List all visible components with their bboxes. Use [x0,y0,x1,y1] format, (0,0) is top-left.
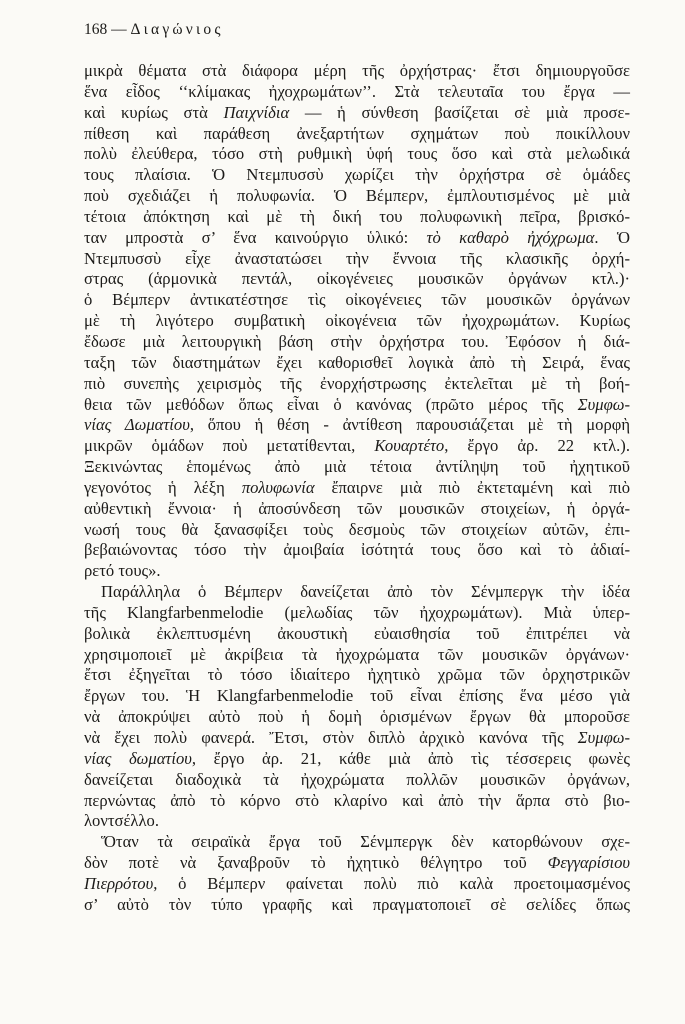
text-line: γεγονότος ἡ λέξη πολυφωνία ἔπαιρνε μιὰ π… [84,478,630,499]
text-segment: ρετό τους». [84,561,161,580]
text-segment: Ντεμπυσσὺ εἶχε ἀναστατώσει τὴν ἔννοια τῆ… [84,249,630,268]
body-text: μικρὰ θέματα στὰ διάφορα μέρη τῆς ὀρχήστ… [84,61,630,916]
text-line: Παράλληλα ὁ Βέμπερν δανείζεται ἀπὸ τὸν Σ… [84,582,630,603]
text-line: περνώντας ἀπὸ τὸ κόρνο στὸ κλαρίνο καὶ ἀ… [84,791,630,812]
text-segment: ταξη τῶν διαστημάτων ἔχει καθορισθεῖ λογ… [84,353,630,372]
text-segment: ὁ Βέμπερν ἀντικατέστησε τὶς οἰκογένειες … [84,290,630,309]
text-line: βολικὰ ἐκλεπτυσμένη ἀκουστικὴ εὐαισθησία… [84,624,630,645]
text-segment: , ὁ Βέμπερν φαίνεται πολὺ πιὸ καλὰ προετ… [153,874,630,893]
text-line: νὰ ἔχει πολὺ φανερά. Ἔτσι, στὸν διπλὸ ἀρ… [84,728,630,749]
text-segment: χρησιμοποιεῖ μὲ ἀκρίβεια τὰ ἠχοχρώματα τ… [84,645,630,664]
text-segment: μικρῶν ὁμάδων ποὺ μετατίθενται, [84,436,374,455]
text-line: νωσή τους θὰ ξανασφίξει τοὺς δεσμοὺς τῶν… [84,520,630,541]
text-segment: θεια τῶν μεθόδων ὅπως εἶναι ὁ κανόνας (π… [84,395,578,414]
italic-text: νίας Δωματίου [84,415,190,434]
text-line: τέτοια ἀπόκτηση καὶ μὲ τὴ δική του πολυφ… [84,207,630,228]
text-segment: λοντσέλλο. [84,811,159,830]
text-line: νίας δωματίου, ἔργο ἀρ. 21, κάθε μιὰ ἀπὸ… [84,749,630,770]
text-line: Ντεμπυσσὺ εἶχε ἀναστατώσει τὴν ἔννοια τῆ… [84,249,630,270]
italic-text: Κουαρτέτο [374,436,444,455]
text-segment: πίθεση καὶ παράθεση ἀνεξαρτήτων σχημάτων… [84,124,630,143]
text-segment: καὶ κυρίως στὰ [84,103,224,122]
text-segment: ταν μπροστὰ σ’ ἕνα καινούργιο ὑλικό: [84,228,427,247]
text-segment: ἔτσι ἐξηγεῖται τὸ τόσο ἰδιαίτερο ἠχητικὸ… [84,665,630,684]
text-segment: γεγονότος ἡ λέξη [84,478,242,497]
text-segment: , ὅπου ἡ θέση - ἀντίθεση παρουσιάζεται μ… [190,415,630,434]
text-line: ἔτσι ἐξηγεῖται τὸ τόσο ἰδιαίτερο ἠχητικὸ… [84,665,630,686]
text-line: μὲ τὴ λιγότερο συμβατικὴ οἰκογένεια τῶν … [84,311,630,332]
text-segment: , ἔργο ἀρ. 22 κτλ.). [444,436,630,455]
text-segment: πολὺ ἐλεύθερα, τόσο στὴ ρυθμικὴ ὑφή τους… [84,144,630,163]
text-line: πολὺ ἐλεύθερα, τόσο στὴ ρυθμικὴ ὑφή τους… [84,144,630,165]
text-segment: νωσή τους θὰ ξανασφίξει τοὺς δεσμοὺς τῶν… [84,520,630,539]
text-line: στρας (ἁρμονικὰ πεντάλ, οἰκογένειες μουσ… [84,269,630,290]
text-line: ὁ Βέμπερν ἀντικατέστησε τὶς οἰκογένειες … [84,290,630,311]
text-segment: βολικὰ ἐκλεπτυσμένη ἀκουστικὴ εὐαισθησία… [84,624,630,643]
text-segment: μικρὰ θέματα στὰ διάφορα μέρη τῆς ὀρχήστ… [84,61,630,80]
text-segment: . Ὁ [594,228,630,247]
italic-text: Παιχνίδια [224,103,290,122]
italic-text: Πιερρότου [84,874,153,893]
italic-text: τὸ καθαρὸ ἠχόχρωμα [427,228,595,247]
text-line: σ’ αὐτὸ τὸν τύπο γραφῆς καὶ πραγματοποιε… [84,895,630,916]
text-line: Πιερρότου, ὁ Βέμπερν φαίνεται πολὺ πιὸ κ… [84,874,630,895]
text-segment: ποὺ σχεδιάζει ἡ πολυφωνία. Ὁ Βέμπερν, ἐμ… [84,186,630,205]
text-segment: πιὸ συνεπὴς χειρισμὸς τῆς ἐνορχήστρωσης … [84,374,630,393]
text-line: Ὅταν τὰ σειραϊκὰ ἔργα τοῦ Σένμπεργκ δὲν … [84,832,630,853]
text-line: νὰ ἀποκρύψει αὐτὸ ποὺ ἡ δομὴ ὁρισμένων ἔ… [84,707,630,728]
text-segment: ἕνα εἶδος ‘‘κλίμακας ἠχοχρωμάτων’’. Στὰ … [84,82,630,101]
text-segment: βεβαιώνοντας τόσο τὴν ἀμοιβαία ἰσότητά τ… [84,540,630,559]
text-segment: περνώντας ἀπὸ τὸ κόρνο στὸ κλαρίνο καὶ ἀ… [84,791,630,810]
text-line: χρησιμοποιεῖ μὲ ἀκρίβεια τὰ ἠχοχρώματα τ… [84,645,630,666]
text-line: μικρὰ θέματα στὰ διάφορα μέρη τῆς ὀρχήστ… [84,61,630,82]
italic-text: Συμφω- [578,728,630,747]
italic-text: Φεγγαρίσιου [548,853,630,872]
text-line: αὐθεντικὴ ἔννοια· ἡ ἀποσύνδεση τῶν μουσι… [84,499,630,520]
running-header: 168 — Διαγώνιος [84,20,224,40]
text-line: πίθεση καὶ παράθεση ἀνεξαρτήτων σχημάτων… [84,124,630,145]
text-line: ταν μπροστὰ σ’ ἕνα καινούργιο ὑλικό: τὸ … [84,228,630,249]
text-line: ἕνα εἶδος ‘‘κλίμακας ἠχοχρωμάτων’’. Στὰ … [84,82,630,103]
text-segment: — ἡ σύνθεση βασίζεται σὲ μιὰ προσε- [289,103,630,122]
header-separator: — [111,21,127,38]
text-line: Ξεκινώντας ἑπομένως ἀπὸ μιὰ τέτοια ἀντίλ… [84,457,630,478]
text-line: βεβαιώνοντας τόσο τὴν ἀμοιβαία ἰσότητά τ… [84,540,630,561]
text-segment: Ὅταν τὰ σειραϊκὰ ἔργα τοῦ Σένμπεργκ δὲν … [101,832,630,851]
text-line: πιὸ συνεπὴς χειρισμὸς τῆς ἐνορχήστρωσης … [84,374,630,395]
text-segment: Ξεκινώντας ἑπομένως ἀπὸ μιὰ τέτοια ἀντίλ… [84,457,630,476]
page-number: 168 [84,21,107,38]
text-segment: στρας (ἁρμονικὰ πεντάλ, οἰκογένειες μουσ… [84,269,630,288]
text-segment: ἔδωσε μιὰ λειτουργικὴ βάση στὴν ὀρχήστρα… [84,332,630,351]
text-segment: δὸν ποτὲ νὰ ξαναβροῦν τὸ ἠχητικὸ θέλγητρ… [84,853,548,872]
text-segment: ἔργων του. Ἡ Klangfarbenmelodie τοῦ εἶνα… [84,686,630,705]
text-segment: σ’ αὐτὸ τὸν τύπο γραφῆς καὶ πραγματοποιε… [84,895,630,914]
text-line: θεια τῶν μεθόδων ὅπως εἶναι ὁ κανόνας (π… [84,395,630,416]
text-line: νίας Δωματίου, ὅπου ἡ θέση - ἀντίθεση πα… [84,415,630,436]
text-line: δανείζεται διαδοχικὰ τὰ ἠχοχρώματα πολλῶ… [84,770,630,791]
italic-text: πολυφωνία [242,478,315,497]
text-line: μικρῶν ὁμάδων ποὺ μετατίθενται, Κουαρτέτ… [84,436,630,457]
running-title: Διαγώνιος [131,21,224,38]
text-segment: μὲ τὴ λιγότερο συμβατικὴ οἰκογένεια τῶν … [84,311,630,330]
text-line: δὸν ποτὲ νὰ ξαναβροῦν τὸ ἠχητικὸ θέλγητρ… [84,853,630,874]
text-line: ποὺ σχεδιάζει ἡ πολυφωνία. Ὁ Βέμπερν, ἐμ… [84,186,630,207]
text-segment: νὰ ἀποκρύψει αὐτὸ ποὺ ἡ δομὴ ὁρισμένων ἔ… [84,707,630,726]
text-line: καὶ κυρίως στὰ Παιχνίδια — ἡ σύνθεση βασ… [84,103,630,124]
text-segment: νὰ ἔχει πολὺ φανερά. Ἔτσι, στὸν διπλὸ ἀρ… [84,728,578,747]
italic-text: Συμφω- [578,395,630,414]
text-line: ἔργων του. Ἡ Klangfarbenmelodie τοῦ εἶνα… [84,686,630,707]
text-segment: τῆς Klangfarbenmelodie (μελωδίας τῶν ἠχο… [84,603,630,622]
text-line: ταξη τῶν διαστημάτων ἔχει καθορισθεῖ λογ… [84,353,630,374]
text-segment: δανείζεται διαδοχικὰ τὰ ἠχοχρώματα πολλῶ… [84,770,630,789]
text-line: ἔδωσε μιὰ λειτουργικὴ βάση στὴν ὀρχήστρα… [84,332,630,353]
text-segment: τους πλαίσια. Ὁ Ντεμπυσσὺ χωρίζει τὴν ὀρ… [84,165,630,184]
text-line: ρετό τους». [84,561,630,582]
text-segment: ἔπαιρνε μιὰ πιὸ ἐκτεταμένη καὶ πιὸ [315,478,630,497]
text-line: λοντσέλλο. [84,811,630,832]
text-segment: τέτοια ἀπόκτηση καὶ μὲ τὴ δική του πολυφ… [84,207,630,226]
text-line: τῆς Klangfarbenmelodie (μελωδίας τῶν ἠχο… [84,603,630,624]
italic-text: νίας δωματίου [84,749,192,768]
text-segment: αὐθεντικὴ ἔννοια· ἡ ἀποσύνδεση τῶν μουσι… [84,499,630,518]
text-line: τους πλαίσια. Ὁ Ντεμπυσσὺ χωρίζει τὴν ὀρ… [84,165,630,186]
text-segment: Παράλληλα ὁ Βέμπερν δανείζεται ἀπὸ τὸν Σ… [101,582,630,601]
text-segment: , ἔργο ἀρ. 21, κάθε μιὰ ἀπὸ τὶς τέσσερει… [192,749,630,768]
